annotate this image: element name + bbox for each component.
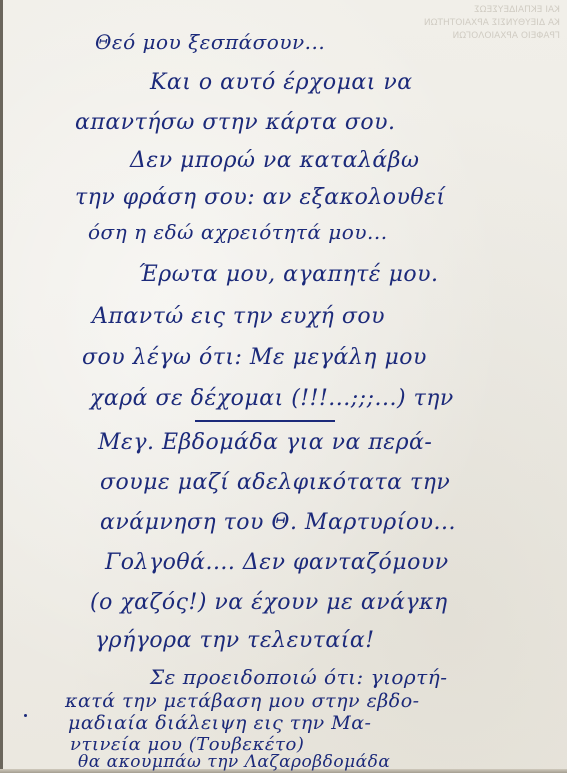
text-line: μαδιαία διάλειψη εις την Μα- xyxy=(68,712,371,734)
text-line: Μεγ. Εβδομάδα για να περά- xyxy=(98,430,432,455)
text-line: Δεν μπορώ να καταλάβω xyxy=(130,148,419,173)
salutation: Θεό μου ξεσπάσουν... xyxy=(95,30,325,54)
text-line: σου λέγω ότι: Με μεγάλη μου xyxy=(82,345,427,370)
underline-mark xyxy=(195,420,335,422)
letterhead-line: ΓΡΑΦΕΙΟ ΑΡΧΑΙΟΛΟΓΩΝ xyxy=(400,30,560,43)
text-line: Και ο αυτό έρχομαι να xyxy=(150,70,413,95)
ink-speck xyxy=(24,714,27,717)
text-line: Έρωτα μου, αγαπητέ μου. xyxy=(138,262,438,287)
text-line: κατά την μετάβαση μου στην εβδο- xyxy=(65,690,420,712)
text-line: γρήγορα την τελευταία! xyxy=(95,628,375,653)
text-line: θα ακουμπάω την Λαζαροβδομάδα xyxy=(78,752,390,772)
text-line: Σε προειδοποιώ ότι: γιορτή- xyxy=(150,665,447,689)
letterhead-show-through: ΚΑΙ ΕΚΠΑΙΔΕΥΣΕΩΣ ΚΑ ΔΙΕΥΘΥΝΣΙΣ ΑΡΧΑΙΟΤΗΤ… xyxy=(400,4,560,43)
text-line: την φράση σου: αν εξακολουθεί xyxy=(75,185,446,210)
text-line: απαντήσω στην κάρτα σου. xyxy=(75,110,395,135)
letterhead-line: ΚΑΙ ΕΚΠΑΙΔΕΥΣΕΩΣ xyxy=(400,4,560,17)
text-line: (ο χαζός!) να έχουν με ανάγκη xyxy=(90,590,448,615)
text-line: χαρά σε δέχομαι (!!!...;;;...) την xyxy=(90,386,454,411)
text-line: Απαντώ εις την ευχή σου xyxy=(92,304,385,329)
scan-edge-left xyxy=(0,0,3,773)
text-line: σουμε μαζί αδελφικότατα την xyxy=(100,470,450,495)
text-line: Γολγοθά.... Δεν φανταζόμουν xyxy=(105,550,449,575)
text-line: όση η εδώ αχρειότητά μου... xyxy=(88,220,388,244)
letterhead-line: ΚΑ ΔΙΕΥΘΥΝΣΙΣ ΑΡΧΑΙΟΤΗΤΩΝ xyxy=(400,17,560,30)
text-line: ανάμνηση του Θ. Μαρτυρίου... xyxy=(100,510,456,535)
letter-page: ΚΑΙ ΕΚΠΑΙΔΕΥΣΕΩΣ ΚΑ ΔΙΕΥΘΥΝΣΙΣ ΑΡΧΑΙΟΤΗΤ… xyxy=(0,0,567,773)
